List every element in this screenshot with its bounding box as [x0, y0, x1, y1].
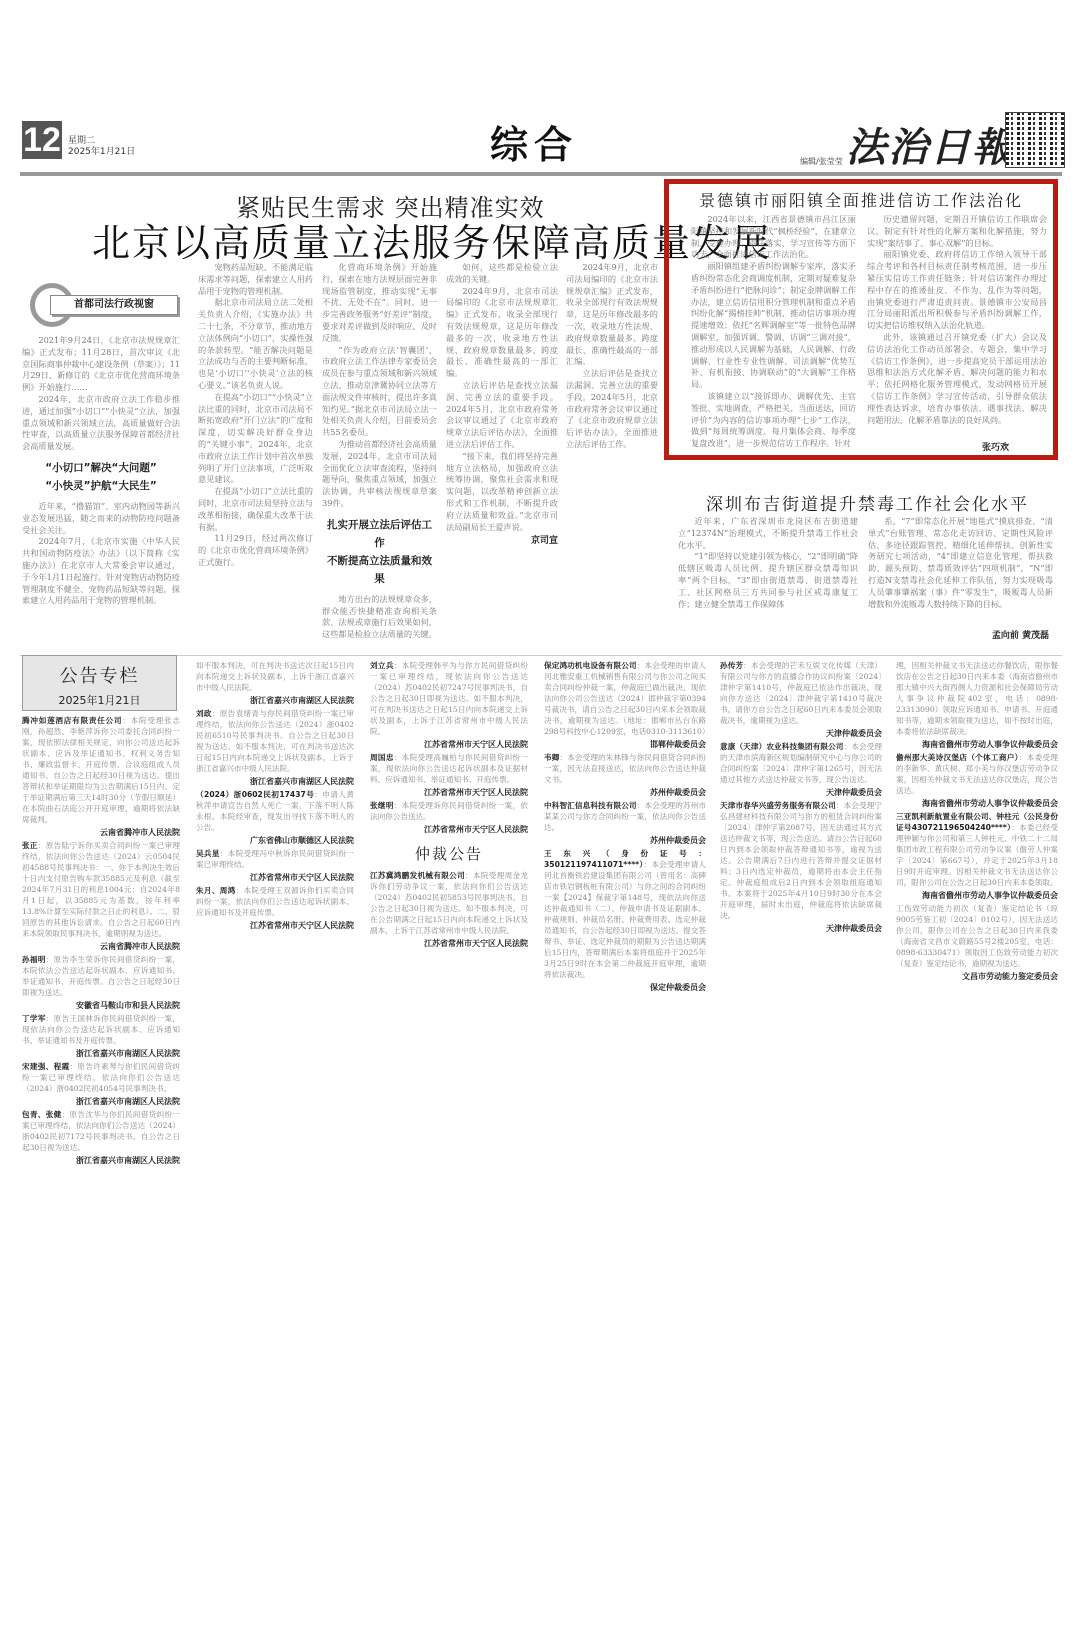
notice-column-1: 腾冲如莲酒店有限责任公司：本院受理张志刚、孙超然、李艳萍诉你公司委托合同纠纷一案…: [22, 715, 180, 1620]
editor-credit: 编辑/张莹莹: [800, 156, 843, 167]
paragraph: 2024年，北京市政府立法工作稳步推进，通过加强“小切口”“小快灵”立法，加强重…: [22, 394, 180, 453]
notice-issuer: 江苏省常州市天宁区人民法院: [196, 872, 354, 883]
notice-item: 三亚凯利新航置业有限公司、钟柱元（公民身份证号430721196504240**…: [896, 811, 1058, 901]
paragraph: “接下来，我们将坚持完善地方立法格局，加强政府立法统筹协调，聚焦社会需求和现实问…: [446, 451, 558, 534]
paragraph: 历史遗留问题，定期召开镇信访工作联席会议，制定有针对性的化解方案和化解措施，努力…: [867, 214, 1047, 249]
notice-party: 宋建强、程霞: [22, 1062, 70, 1071]
notice-item: 张继明：本院受理诉你民间借贷纠纷一案，依法向你公告送达。江苏省常州市天宁区人民法…: [370, 800, 528, 835]
notice-item: 江苏冀鸿鹏发机械有限公司：本院受理周金龙诉你们劳动争议一案，依法向你们公告送达（…: [370, 870, 528, 949]
notice-text: 本院受理冯中秋诉你民间借贷纠纷一案已审理终结。: [196, 849, 354, 869]
subheading-line: 不断提高立法质量和效果: [322, 552, 437, 588]
notice-item: 朱月、周鸿：本院受理王双源诉你们买卖合同纠纷一案，依法向你们公告送达起诉状副本、…: [196, 885, 354, 931]
notice-issuer: 江苏省常州市天宁区人民法院: [370, 787, 528, 798]
notice-column-5: 孙传芳：本会受理的芒禾互娱文化传媒（天津）有限公司与你方的直播合作协议纠纷案〔2…: [720, 660, 882, 1620]
notices-title: 公告专栏: [23, 662, 176, 688]
notice-issuer: 江苏省常州市天宁区人民法院: [370, 739, 528, 750]
notice-issuer: 江苏省常州市天宁区人民法院: [370, 824, 528, 835]
column-badge-label: 首都司法行政视窗: [50, 295, 178, 315]
notice-party: 周国忠: [370, 753, 394, 762]
notice-item: 理，因相关仲裁文书无法送达你餐饮店，限你餐饮店在公告之日起30日内来本委（海南省…: [896, 660, 1058, 750]
paragraph: 如何，这些都是检验立法成效的关键。: [446, 262, 558, 286]
paragraph: 地方出台的法规规章众多，群众能否快捷精准查询相关条款、法规或章施行后效果如何，这…: [322, 594, 437, 641]
notice-issuer: 文昌市劳动能力鉴定委员会: [896, 971, 1058, 982]
notice-text: 原告王国林诉你民间借贷纠纷一案，现依法向你公告送达起诉状副本、应诉通知书、举证通…: [22, 1014, 180, 1045]
issue-date-block: 星期二 2025年1月21日: [68, 136, 135, 158]
issue-date: 2025年1月21日: [68, 147, 135, 158]
notice-item: 儋州那大美诗汉堡店（个体工商户）：本委受理的李新华、黄庆树、郑小美与你汉堡店劳动…: [896, 752, 1058, 809]
notice-text: 本会受理的申请人河北雅安重工机械销售有限公司与你公司之间买卖合同纠纷仲裁一案，仲…: [544, 661, 706, 736]
column-badge: 首都司法行政视窗: [30, 283, 180, 323]
paragraph: 该镇建立以“接诉即办、调解优先、主官签批、实地调查，严格把关、当面送达，回访评价…: [691, 391, 856, 450]
notice-issuer: 浙江省嘉兴市南湖区人民法院: [196, 776, 354, 787]
notice-item: 刘政：原告袁绪青与你民间借贷纠纷一案已审理终结，依法向你公告送达（2024）浙0…: [196, 708, 354, 787]
notice-issuer: 海南省儋州市劳动人事争议仲裁委员会: [896, 890, 1058, 901]
notice-column-3: 刘立兵：本院受理韩平为与你方民间借贷纠纷一案已审理终结，现依法向你公告送达（20…: [370, 660, 528, 1620]
paragraph: 系，“7”即常态化开展“地毯式”摸底排查、“清单式”台账管理、常态化走访回访、定…: [868, 516, 1053, 610]
notice-text: 本院受理周金龙诉你们劳动争议一案，依法向你们公告送达（2024）苏0402民初5…: [370, 871, 528, 935]
paragraph: 在提高“小切口”“小快灵”立法比重的同时，北京市司法局不断拓宽政府“开门立法”的…: [198, 392, 313, 486]
featured-byline: 张巧欢: [982, 440, 1009, 453]
lead-column-2: 宠物药品短缺、不能满足临床需求等问题，探索建立人用药品用于宠物的管理机制。 据北…: [198, 262, 313, 650]
notice-party: 刘立兵: [370, 661, 394, 670]
second-story-byline: 孟向前 黄茂磊: [992, 628, 1049, 641]
featured-right-column: 历史遗留问题，定期召开镇信访工作联席会议，制定有针对性的化解方案和化解措施，努力…: [867, 214, 1047, 454]
notice-text: 原告陆宁诉你买卖合同纠纷一案已审理终结，依法向你公告送达（2024）云0504民…: [22, 841, 180, 938]
notice-party: 江苏冀鸿鹏发机械有限公司: [370, 871, 465, 880]
notice-column-2: 如不服本判决，可在判决书送达次日起15日内向本院递交上诉状及副本，上诉于浙江省嘉…: [196, 660, 354, 1620]
paragraph: 2024年以来，江西省景德镇市昌江区丽阳镇坚持和发展新时代“枫桥经验”，在建章立…: [691, 214, 856, 261]
notice-issuer: 天津仲裁委员会: [720, 787, 882, 798]
notice-item: 吴兵星：本院受理冯中秋诉你民间借贷纠纷一案已审理终结。江苏省常州市天宁区人民法院: [196, 848, 354, 883]
notice-issuer: 海南省儋州市劳动人事争议仲裁委员会: [896, 739, 1058, 750]
notice-issuer: 保定仲裁委员会: [544, 982, 706, 993]
section-title: 综合: [490, 114, 578, 169]
notice-item: 张正：原告陆宁诉你买卖合同纠纷一案已审理终结，依法向你公告送达（2024）云05…: [22, 840, 180, 952]
notice-text: 本会受理宁弘昌建材科技有限公司与你方的租赁合同纠纷案〔2024〕津仲字第2087…: [720, 801, 882, 920]
subheading-line: “小快灵”护航“大民生”: [22, 477, 180, 495]
lead-byline: 京司宣: [446, 533, 558, 546]
notice-text: 本委已经受理钟颖与你公司和第三人钟柱元、中铁二十二局集团市政工程有限公司劳动争议…: [896, 823, 1058, 887]
notice-text: 本院受理诉你民间借贷纠纷一案，依法向你公告送达。: [370, 801, 528, 821]
paragraph: 近年来，广东省深圳市龙岗区布吉街道建立“12374N”治理模式，不断提升禁毒工作…: [678, 516, 858, 551]
notice-text: 本会受理申请人河北首衡铁岩建设集团有限公司（曾用名：高碑店市铁岩钢板桩有限公司）…: [544, 860, 706, 979]
subheading-2: 扎实开展立法后评估工作 不断提高立法质量和效果: [322, 516, 437, 588]
notice-party: 意康（天津）农业科技集团有限公司: [720, 742, 844, 751]
notice-party: 朱月、周鸿: [196, 886, 236, 895]
notice-party: 丁学军: [22, 1014, 46, 1023]
subheading-line: 扎实开展立法后评估工作: [322, 516, 437, 552]
notice-text: 如不服本判决，可在判决书送达次日起15日内向本院递交上诉状及副本，上诉于浙江省嘉…: [196, 661, 354, 692]
paragraph: 此外，该镇通过召开镇党委（扩大）会议及信访法治化工作动员部署会、专题会，集中学习…: [867, 332, 1047, 426]
notice-issuer: 云南省腾冲市人民法院: [22, 827, 180, 838]
notice-item: 孙福明：原告李生荣诉你民间借贷纠纷一案，本院依法公告送达起诉状副本、应诉通知书、…: [22, 954, 180, 1011]
notice-issuer: 云南省腾冲市人民法院: [22, 941, 180, 952]
lead-column-3: 化营商环境条例》开始施行，探索在地方法规层面完善非现场监管制度，推动实现“无事不…: [322, 262, 437, 650]
notice-issuer: 海南省儋州市劳动人事争议仲裁委员会: [896, 798, 1058, 809]
notice-text: 本院受理韩平为与你方民间借贷纠纷一案已审理终结，现依法向你公告送达（2024）苏…: [370, 661, 528, 736]
paragraph: 11月29日，经过两次修订的《北京市优化营商环境条例》正式施行。: [198, 533, 313, 568]
notice-item: 天津市春华兴盛劳务服务有限公司：本会受理宁弘昌建材科技有限公司与你方的租赁合同纠…: [720, 800, 882, 934]
notice-item: 刘立兵：本院受理韩平为与你方民间借贷纠纷一案已审理终结，现依法向你公告送达（20…: [370, 660, 528, 750]
paragraph: 化营商环境条例》开始施行，探索在地方法规层面完善非现场监管制度，推动实现“无事不…: [322, 262, 437, 345]
notice-item: （2024）浙0602民初17437号：申请人黄秋萍申请宣告自然人死亡一案，下落…: [196, 789, 354, 846]
subheading-1: “小切口”解决“大问题” “小快灵”护航“大民生”: [22, 459, 180, 495]
masthead-divider: [20, 172, 1062, 176]
lead-column-4: 如何，这些都是检验立法成效的关键。 2024年9月，北京市司法局编印的《北京市法…: [446, 262, 558, 650]
notice-issuer: 浙江省嘉兴市南湖区人民法院: [22, 1155, 180, 1166]
notice-item: 保定鸿功机电设备有限公司：本会受理的申请人河北雅安重工机械销售有限公司与你公司之…: [544, 660, 706, 750]
paragraph: 2024年9月，北京市司法局编印的《北京市法规规章汇编》正式发布，收录全部现行有…: [446, 286, 558, 380]
notice-issuer: 苏州仲裁委员会: [544, 835, 706, 846]
paragraph: 2021年9月24日，《北京市法规规章汇编》正式发布；11月28日，首次审议《北…: [22, 335, 180, 394]
page-number: 12: [22, 121, 62, 159]
notice-item: 周国忠：本院受理高巍柏与你民间借贷纠纷一案，现依法向你公告送达起诉状副本及证据材…: [370, 752, 528, 798]
notice-party: 吴兵星: [196, 849, 220, 858]
second-story-left-column: 近年来，广东省深圳市龙岗区布吉街道建立“12374N”治理模式，不断提升禁毒工作…: [678, 516, 858, 646]
notice-item: 中科智汇信息科技有限公司：本会受理的苏州市某某公司与你方合同纠纷一案，依法向你公…: [544, 800, 706, 846]
notice-column-6: 理，因相关仲裁文书无法送达你餐饮店，限你餐饮店在公告之日起30日内来本委（海南省…: [896, 660, 1058, 1620]
notice-item: 如不服本判决，可在判决书送达次日起15日内向本院递交上诉状及副本，上诉于浙江省嘉…: [196, 660, 354, 706]
paragraph: 在提高“小切口”立法比重的同时，北京市司法局坚持立法与改革相衔接，确保重大改革于…: [198, 486, 313, 533]
notice-party: 孙传芳: [720, 661, 743, 670]
notices-date: 2025年1月21日: [23, 692, 176, 708]
notice-issuer: 江苏省常州市天宁区人民法院: [370, 938, 528, 949]
notice-text: 原告李生荣诉你民间借贷纠纷一案，本院依法公告送达起诉状副本、应诉通知书、举证通知…: [22, 955, 180, 997]
notice-text: 工伤致劳动能力初次（复查）鉴定结论书（琼9005劳鉴工初〔2024〕0102号）…: [896, 904, 1058, 968]
notice-item: 工伤致劳动能力初次（复查）鉴定结论书（琼9005劳鉴工初〔2024〕0102号）…: [896, 903, 1058, 982]
second-story-title: 深圳布吉街道提升禁毒工作社会化水平: [706, 490, 1029, 515]
qr-code-icon[interactable]: [1005, 112, 1065, 168]
second-story-right-column: 系，“7”即常态化开展“地毯式”摸底排查、“清单式”台账管理、常态化走访回访、定…: [868, 516, 1053, 646]
notice-text: 本院受理高巍柏与你民间借贷纠纷一案，现依法向你公告送达起诉状副本及证据材料、应诉…: [370, 753, 528, 784]
paragraph: “作为政府立法‘智囊团’，市政府立法工作法律专家委员会成员在参与重点领域和新兴领…: [322, 345, 437, 439]
paragraph: 丽阳镇党委、政府将信访工作纳入领导干部综合考评和各村目标责任制考核范围，进一步压…: [867, 249, 1047, 332]
paragraph: 为推动首都经济社会高质量发展，2024年，北京市司法局全面优化立法审查流程，坚持…: [322, 439, 437, 510]
notices-header: 公告专栏 2025年1月21日: [22, 655, 177, 711]
featured-left-column: 2024年以来，江西省景德镇市昌江区丽阳镇坚持和发展新时代“枫桥经验”，在建章立…: [691, 214, 856, 454]
notice-issuer: 邯郸仲裁委员会: [544, 739, 706, 750]
page-masthead: 12 星期二 2025年1月21日 综合 编辑/张莹莹 法治日報: [20, 118, 1060, 178]
subheading-line: “小切口”解决“大问题”: [22, 459, 180, 477]
featured-story-box: 景德镇市丽阳镇全面推进信访工作法治化 2024年以来，江西省景德镇市昌江区丽阳镇…: [664, 179, 1058, 460]
featured-story-title: 景德镇市丽阳镇全面推进信访工作法治化: [669, 188, 1053, 211]
paragraph: 近年来，“撸猫馆”、室内动物园等新兴业态发展迅猛，随之而来的动物防疫问题备受社会…: [22, 501, 180, 536]
notice-item: 韦卿：本会受理的朱林锋与你民间借贷合同纠纷一案，因无法直接送达，依法向你公告送达…: [544, 752, 706, 798]
notice-issuer: 浙江省嘉兴市南湖区人民法院: [22, 1096, 180, 1107]
notice-item: 丁学军：原告王国林诉你民间借贷纠纷一案，现依法向你公告送达起诉状副本、应诉通知书…: [22, 1013, 180, 1059]
notice-issuer: 广东省佛山市顺德区人民法院: [196, 835, 354, 846]
newspaper-logo: 法治日報: [846, 116, 1014, 173]
notice-issuer: 天津仲裁委员会: [720, 923, 882, 934]
notice-item: 王东兴（身份证号：350121197411071****）：本会受理申请人河北首…: [544, 848, 706, 993]
notice-issuer: 浙江省嘉兴市南湖区人民法院: [196, 695, 354, 706]
notice-party: 腾冲如莲酒店有限责任公司: [22, 716, 122, 725]
notice-party: 张正: [22, 841, 38, 850]
notice-item: 意康（天津）农业科技集团有限公司：本会受理的天津市滨海新区规划编制研究中心与你公…: [720, 741, 882, 798]
notice-item: 孙传芳：本会受理的芒禾互娱文化传媒（天津）有限公司与你方的直播合作协议纠纷案〔2…: [720, 660, 882, 739]
notice-text: 本会受理的朱林锋与你民间借贷合同纠纷一案，因无法直接送达，依法向你公告送达仲裁文…: [544, 753, 706, 784]
paragraph: 2024年9月，北京市司法局编印的《北京市法规规章汇编》正式发布，收录全部现行有…: [566, 262, 658, 368]
notice-party: 韦卿: [544, 753, 559, 762]
paragraph: 立法后评估是查找立法漏洞、完善立法的重要手段。2024年5月，北京市政府常务会议…: [566, 368, 658, 451]
notice-party: 张继明: [370, 801, 394, 810]
paragraph: 丽阳镇组建矛盾纠纷调解专家库，落实矛盾纠纷常态化会商调度机制，定期对疑难复杂矛盾…: [691, 261, 856, 391]
notice-issuer: 安徽省马鞍山市和县人民法院: [22, 1000, 180, 1011]
paragraph: 2024年7月，《北京市实施〈中华人民共和国动物防疫法〉办法》（以下简称《实施办…: [22, 536, 180, 607]
notice-issuer: 江苏省常州市天宁区人民法院: [196, 920, 354, 931]
notice-party: 包青、张健: [22, 1110, 62, 1119]
notice-party: 保定鸿功机电设备有限公司: [544, 661, 637, 670]
paragraph: 宠物药品短缺、不能满足临床需求等问题，探索建立人用药品用于宠物的管理机制。: [198, 262, 313, 297]
notice-text: 本会受理的芒禾互娱文化传媒（天津）有限公司与你方的直播合作协议纠纷案〔2024〕…: [720, 661, 882, 725]
notice-party: 天津市春华兴盛劳务服务有限公司: [720, 801, 836, 810]
notice-issuer: 苏州仲裁委员会: [544, 787, 706, 798]
notice-column-4: 保定鸿功机电设备有限公司：本会受理的申请人河北雅安重工机械销售有限公司与你公司之…: [544, 660, 706, 1620]
notice-item: 宋建强、程霞：原告许素琴与你们民间借贷纠纷一案已审理终结，依法向你们公告送达（2…: [22, 1061, 180, 1107]
notice-item: 包青、张健：原告沈华与你们民间借贷纠纷一案已审理终结，依法向你们公告送达（202…: [22, 1109, 180, 1166]
notice-party: 儋州那大美诗汉堡店（个体工商户）: [896, 753, 1019, 762]
lead-column-1: 2021年9月24日，《北京市法规规章汇编》正式发布；11月28日，首次审议《北…: [22, 335, 180, 650]
notice-text: 原告袁绪青与你民间借贷纠纷一案已审理终结，依法向你公告送达（2024）浙0402…: [196, 709, 354, 773]
arbitration-notices-title: 仲裁公告: [370, 843, 528, 864]
notice-issuer: 浙江省嘉兴市南湖区人民法院: [22, 1048, 180, 1059]
lead-column-5: 2024年9月，北京市司法局编印的《北京市法规规章汇编》正式发布，收录全部现行有…: [566, 262, 658, 650]
notice-issuer: 天津仲裁委员会: [720, 728, 882, 739]
paragraph: “1”即坚持以党建引领为核心，“2”即明确“降低辖区吸毒人员比例、提升辖区群众禁…: [678, 551, 858, 610]
notice-party: （2024）浙0602民初17437号: [196, 790, 314, 799]
notice-party: 刘政: [196, 709, 212, 718]
notice-text: 本院受理张志刚、孙超然、李艳萍诉你公司委托合同纠纷一案，现依照法律相关规定，向你…: [22, 716, 180, 824]
notice-party: 中科智汇信息科技有限公司: [544, 801, 637, 810]
notice-text: 理，因相关仲裁文书无法送达你餐饮店，限你餐饮店在公告之日起30日内来本委（海南省…: [896, 661, 1058, 736]
paragraph: 立法后评估是查找立法漏洞、完善立法的重要手段。2024年5月，北京市政府常务会议…: [446, 380, 558, 451]
weekday: 星期二: [68, 136, 135, 147]
paragraph: 据北京市司法局立法二处相关负责人介绍，《实施办法》共二十七条，不分章节，推动地方…: [198, 297, 313, 391]
notice-party: 孙福明: [22, 955, 46, 964]
notice-item: 腾冲如莲酒店有限责任公司：本院受理张志刚、孙超然、李艳萍诉你公司委托合同纠纷一案…: [22, 715, 180, 838]
